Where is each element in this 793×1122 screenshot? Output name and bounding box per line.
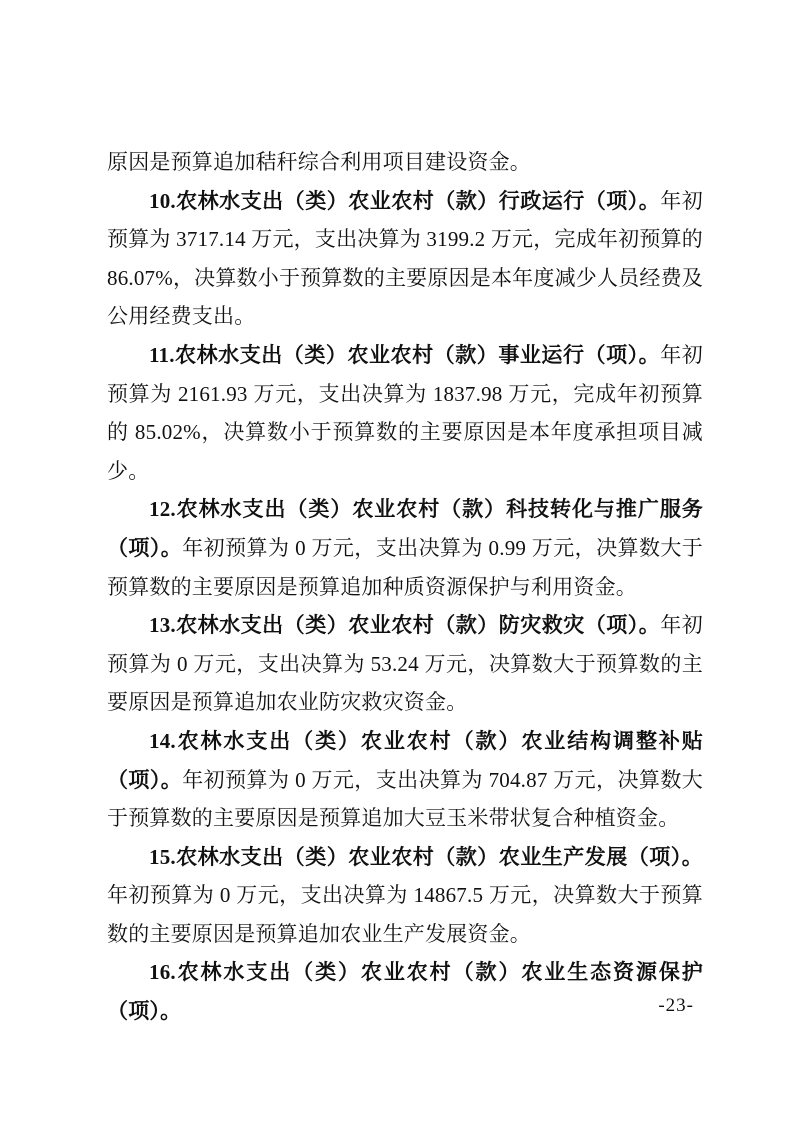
paragraph-heading: 15.农林水支出（类）农业农村（款）农业生产发展（项）。 (149, 845, 703, 869)
paragraph-item-11: 11.农林水支出（类）农业农村（款）事业运行（项）。年初预算为 2161.93 … (107, 336, 703, 490)
paragraph-heading: 11.农林水支出（类）农业农村（款）事业运行（项）。 (149, 343, 660, 367)
paragraph-heading: 16.农林水支出（类）农业农村（款）农业生态资源保护（项）。 (107, 960, 703, 1023)
paragraph-item-15: 15.农林水支出（类）农业农村（款）农业生产发展（项）。年初预算为 0 万元，支… (107, 838, 703, 954)
paragraph-item-16: 16.农林水支出（类）农业农村（款）农业生态资源保护（项）。 (107, 953, 703, 1030)
paragraph-item-12: 12.农林水支出（类）农业农村（款）科技转化与推广服务（项）。年初预算为 0 万… (107, 490, 703, 606)
paragraph-body: 原因是预算追加秸秆综合利用项目建设资金。 (107, 150, 531, 174)
page-number: -23- (658, 995, 694, 1017)
paragraph-heading: 10.农林水支出（类）农业农村（款）行政运行（项）。 (149, 189, 660, 213)
paragraph-body: 年初预算为 0 万元，支出决算为 704.87 万元，决算数大于预算数的主要原因… (107, 768, 703, 831)
paragraph-item-13: 13.农林水支出（类）农业农村（款）防灾救灾（项）。年初预算为 0 万元，支出决… (107, 606, 703, 722)
paragraph-continuation: 原因是预算追加秸秆综合利用项目建设资金。 (107, 143, 703, 182)
paragraph-heading: 13.农林水支出（类）农业农村（款）防灾救灾（项）。 (149, 613, 660, 637)
paragraph-item-10: 10.农林水支出（类）农业农村（款）行政运行（项）。年初预算为 3717.14 … (107, 182, 703, 336)
document-body: 原因是预算追加秸秆综合利用项目建设资金。 10.农林水支出（类）农业农村（款）行… (107, 143, 703, 1031)
paragraph-item-14: 14.农林水支出（类）农业农村（款）农业结构调整补贴（项）。年初预算为 0 万元… (107, 722, 703, 838)
document-page: 原因是预算追加秸秆综合利用项目建设资金。 10.农林水支出（类）农业农村（款）行… (0, 0, 793, 1122)
paragraph-body: 年初预算为 0 万元，支出决算为 0.99 万元，决算数大于预算数的主要原因是预… (107, 536, 703, 599)
paragraph-body: 年初预算为 0 万元，支出决算为 14867.5 万元，决算数大于预算数的主要原… (107, 883, 703, 946)
